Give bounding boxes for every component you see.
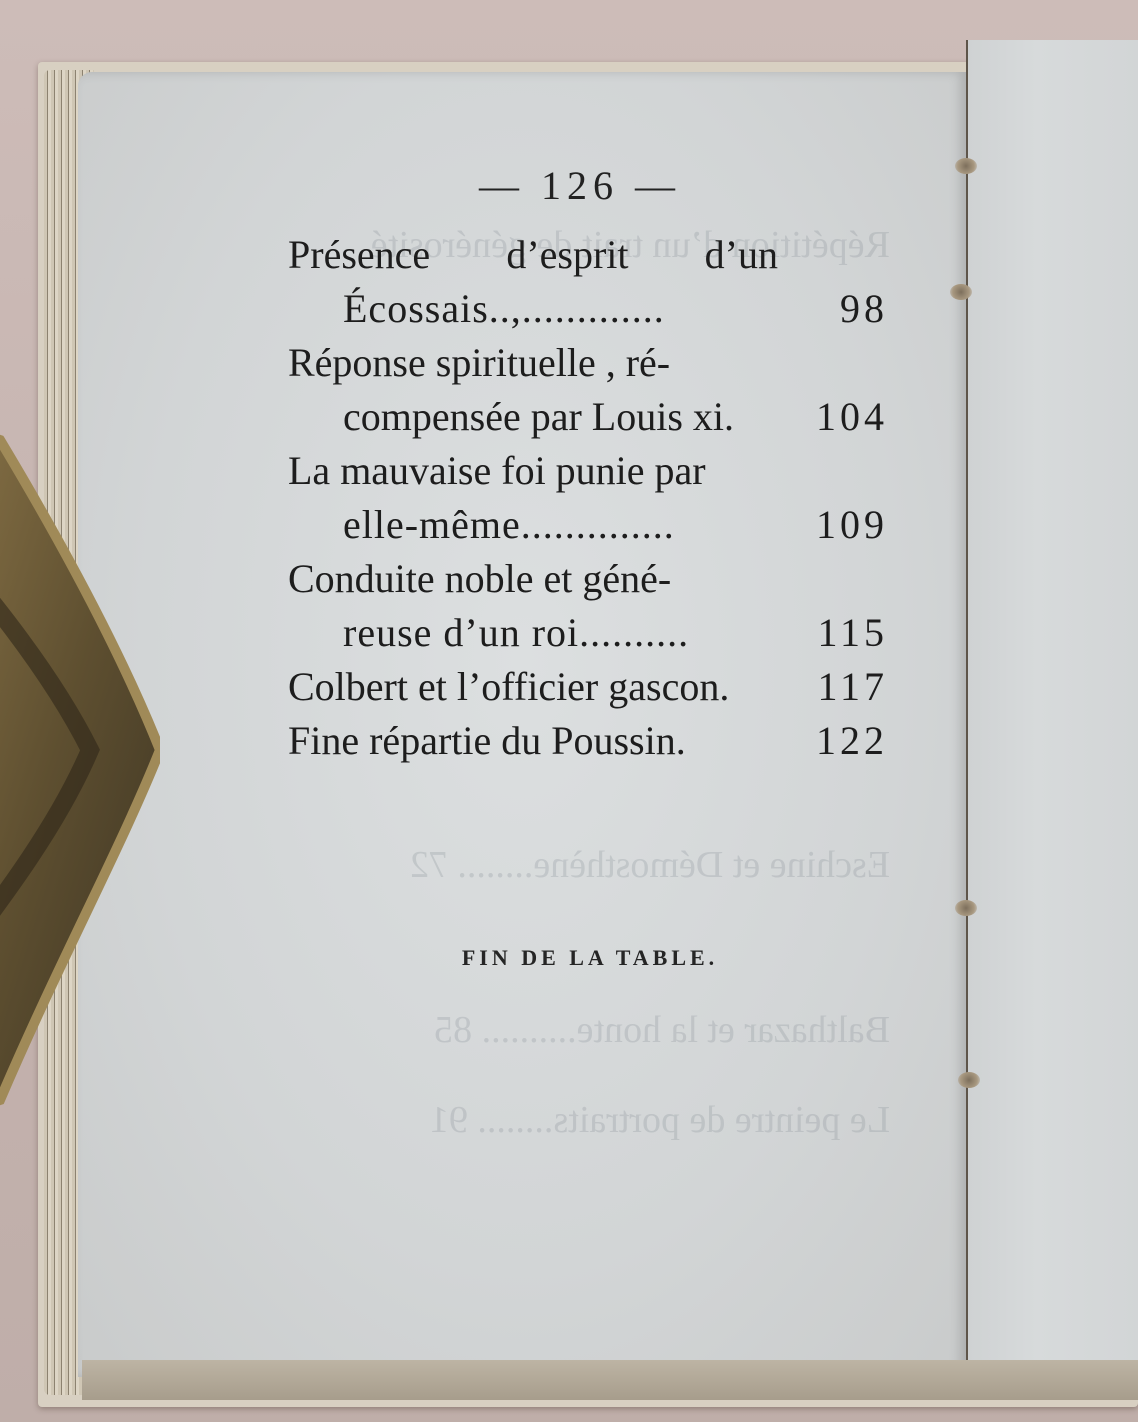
- toc-entry-title: Conduite noble et géné-: [288, 552, 778, 606]
- toc-entry-page: 104: [798, 390, 888, 444]
- toc-entry-title: Réponse spirituelle , ré-: [288, 336, 778, 390]
- toc-entry-title: reuse d’un roi..........: [343, 606, 778, 660]
- book-bottom-edge: [82, 1360, 1138, 1400]
- brass-clasp-icon: [0, 420, 160, 1120]
- toc-entry-line: elle-même.............. 109: [288, 498, 888, 552]
- toc-entry-page: 115: [798, 606, 888, 660]
- show-through-text: Balthazar et la honte.......... 85: [290, 1010, 890, 1050]
- binding-stitch: [955, 900, 977, 916]
- toc-entry-page: 98: [798, 282, 888, 336]
- table-of-contents: Présenced’espritd’un Écossais..,........…: [288, 228, 888, 768]
- toc-entry-page: 122: [798, 714, 888, 768]
- binding-stitch: [950, 284, 972, 300]
- toc-entry-title: Écossais..,.............: [343, 282, 778, 336]
- toc-entry-line: compensée par Louis xi. 104: [288, 390, 888, 444]
- page-number: — 126 —: [479, 162, 681, 209]
- show-through-text: Le peintre de portraits........ 91: [290, 1100, 890, 1140]
- binding-stitch: [955, 158, 977, 174]
- show-through-text: Eschine et Démosthène........ 72: [290, 845, 890, 885]
- toc-entry-line: Fine répartie du Poussin. 122: [288, 714, 888, 768]
- binding-stitch: [958, 1072, 980, 1088]
- toc-entry-page: 109: [798, 498, 888, 552]
- toc-entry-title: compensée par Louis xi.: [343, 390, 778, 444]
- toc-entry-title: elle-même..............: [343, 498, 778, 552]
- toc-entry-line: Réponse spirituelle , ré-: [288, 336, 888, 390]
- toc-entry-line: reuse d’un roi.......... 115: [288, 606, 888, 660]
- toc-entry-title: La mauvaise foi punie par: [288, 444, 778, 498]
- toc-entry-line: Conduite noble et géné-: [288, 552, 888, 606]
- end-of-table-label: FIN DE LA TABLE.: [290, 945, 890, 971]
- toc-entry-line: La mauvaise foi punie par: [288, 444, 888, 498]
- page-header: — 126 —: [290, 162, 890, 209]
- toc-entry-page: 117: [798, 660, 888, 714]
- right-page: [966, 40, 1138, 1380]
- toc-entry-line: Colbert et l’officier gascon. 117: [288, 660, 888, 714]
- toc-entry-line: Écossais..,............. 98: [288, 282, 888, 336]
- toc-entry-line: Présenced’espritd’un: [288, 228, 888, 282]
- toc-entry-title: Colbert et l’officier gascon.: [288, 660, 778, 714]
- toc-entry-title: Fine répartie du Poussin.: [288, 714, 778, 768]
- toc-entry-title: Présenced’espritd’un: [288, 228, 778, 282]
